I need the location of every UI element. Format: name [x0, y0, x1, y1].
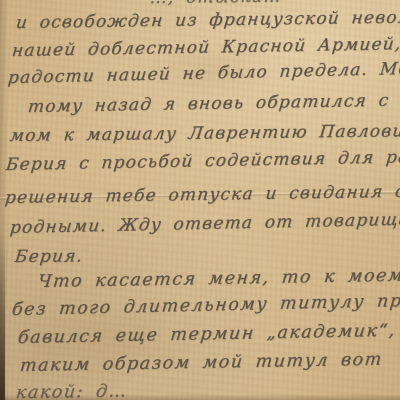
handwritten-line: без того длительному титулу при-: [11, 291, 400, 320]
handwritten-line: Берия с просьбой содействия для раз-: [5, 147, 400, 175]
handwritten-line: решения тебе отпуска и свидания с: [4, 182, 400, 208]
handwritten-line: и освобожден из французской неволи: [15, 7, 400, 33]
handwritten-line: …, отыска…: [149, 0, 283, 8]
handwritten-line: родными. Жду ответа от товарища: [9, 210, 400, 238]
handwritten-line: тому назад я вновь обратился с пись-: [27, 90, 400, 117]
handwritten-line: Что касается меня, то к моему и: [37, 265, 400, 292]
handwritten-line: Берия.: [14, 246, 85, 267]
handwritten-line: мом к маршалу Лаврентию Павловичу: [9, 121, 400, 146]
scan-edge-shadow: [0, 394, 400, 400]
scan-edge-shadow: [0, 230, 5, 400]
letter-page: …, отыска… и освобожден из французской н…: [0, 0, 400, 400]
handwritten-line: нашей доблестной Красной Армией,: [11, 34, 400, 61]
